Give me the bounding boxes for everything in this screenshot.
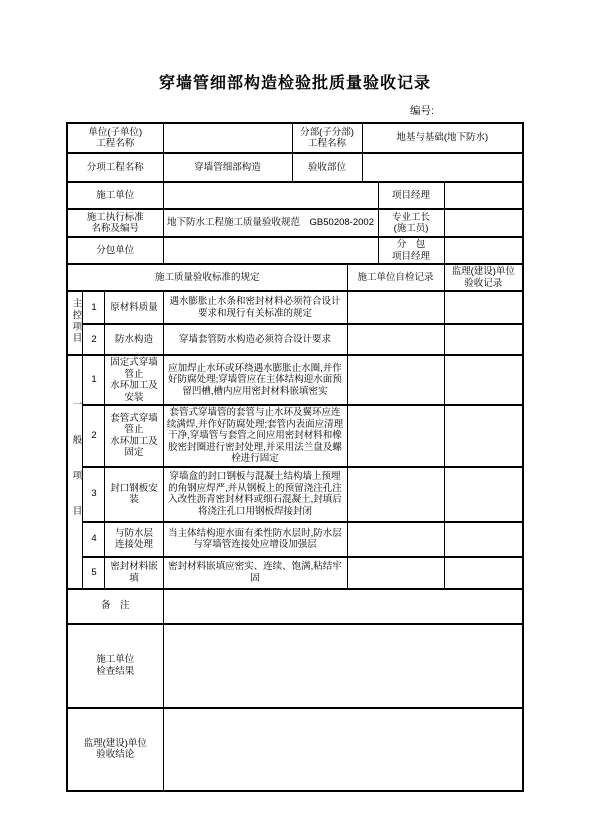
group-label-text: 主控项目: [70, 298, 82, 344]
item-name: 与防水层 连接处理: [105, 522, 163, 557]
construction-check-area[interactable]: 班组长: 项目专业质量检查员: 项目专业技术负责人: 年 月 日: [163, 624, 523, 708]
project-manager-label: 项目经理: [378, 182, 444, 209]
item-requirement: 穿墙套管防水构造必须符合设计要求: [163, 324, 347, 355]
self-check-cell[interactable]: [347, 557, 444, 589]
item-no: 2: [83, 405, 105, 467]
acceptance-cell[interactable]: [444, 522, 523, 557]
form-number-line: 编号:: [67, 103, 523, 117]
subdivision-project-label: 分部(子分部) 工程名称: [292, 123, 362, 153]
self-check-cell[interactable]: [347, 355, 444, 405]
acceptance-location-label: 验收部位: [292, 153, 362, 182]
item-name: 密封材料嵌填: [105, 557, 163, 589]
item-name: 防水构造: [105, 324, 163, 355]
item-requirement: 当主体结构迎水面有柔性防水层时,防水层与穿墙管连接处应增设加强层: [163, 522, 347, 557]
form-page: 穿墙管细部构造检验批质量验收记录 编号: 单位(子单位) 工程名称 分部(子分部…: [0, 0, 590, 835]
supervision-conclusion-area[interactable]: 专业监理工程师: (建设单位项目专业技术负责人) 年 月 日: [163, 708, 523, 791]
contractor-value[interactable]: [163, 182, 378, 209]
item-project-value: 穿墙管细部构造: [163, 153, 292, 182]
acceptance-cell[interactable]: [444, 557, 523, 589]
remark-label: 备 注: [67, 589, 163, 624]
subcontractor-value[interactable]: [163, 237, 378, 264]
remark-content[interactable]: [163, 589, 523, 624]
standard-label: 施工执行标准 名称及编号: [67, 209, 163, 237]
item-no: 1: [83, 355, 105, 405]
unit-project-label: 单位(子单位) 工程名称: [67, 123, 163, 153]
project-manager-value[interactable]: [444, 182, 523, 209]
self-check-cell[interactable]: [347, 405, 444, 467]
supervision-conclusion-label: 监理(建设)单位 验收结论: [67, 708, 163, 791]
item-requirement: 套管式穿墙管的套管与止水环及翼环应连续满焊,并作好防腐处理;套管内表面应清理干净…: [163, 405, 347, 467]
form-number-label: 编号:: [410, 105, 434, 117]
item-name: 封口钢板安装: [105, 467, 163, 522]
item-no: 3: [83, 467, 105, 522]
acceptance-cell[interactable]: [444, 405, 523, 467]
standard-provision-header: 施工质量验收标准的规定: [67, 264, 347, 291]
self-check-cell[interactable]: [347, 291, 444, 324]
acceptance-form-table: 单位(子单位) 工程名称 分部(子分部) 工程名称 地基与基础(地下防水) 分项…: [66, 122, 524, 792]
subcontractor-label: 分包单位: [67, 237, 163, 264]
contractor-label: 施工单位: [67, 182, 163, 209]
acceptance-cell[interactable]: [444, 291, 523, 324]
group-label-general: 一般项目: [67, 355, 83, 589]
item-requirement: 密封材料嵌填应密实、连续、饱满,粘结牢固: [163, 557, 347, 589]
professional-foreman-value[interactable]: [444, 209, 523, 237]
item-requirement: 应加焊止水环或环绕遇水膨胀止水圈,并作好防腐处理;穿墙管应在主体结构迎水面预留凹…: [163, 355, 347, 405]
unit-project-value[interactable]: [163, 123, 292, 153]
supervision-record-header: 监理(建设)单位 验收记录: [444, 264, 523, 291]
item-no: 2: [83, 324, 105, 355]
subdivision-project-value: 地基与基础(地下防水): [362, 123, 523, 153]
self-check-cell[interactable]: [347, 467, 444, 522]
self-check-header: 施工单位自检记录: [347, 264, 444, 291]
professional-foreman-label: 专业工长 (施工员): [378, 209, 444, 237]
item-no: 4: [83, 522, 105, 557]
construction-check-label: 施工单位 检查结果: [67, 624, 163, 708]
self-check-cell[interactable]: [347, 324, 444, 355]
sub-project-manager-value[interactable]: [444, 237, 523, 264]
item-requirement: 穿墙盒的封口钢板与混凝土结构墙上预埋的角钢应焊严,并从钢板上的预留浇注孔注入改性…: [163, 467, 347, 522]
acceptance-cell[interactable]: [444, 467, 523, 522]
acceptance-location-value[interactable]: [362, 153, 523, 182]
acceptance-cell[interactable]: [444, 355, 523, 405]
group-label-text: 一般项目: [70, 399, 82, 541]
standard-value: 地下防水工程施工质量验收规范 GB50208-2002: [163, 209, 378, 237]
page-title: 穿墙管细部构造检验批质量验收记录: [0, 0, 590, 93]
self-check-cell[interactable]: [347, 522, 444, 557]
item-name: 原材料质量: [105, 291, 163, 324]
item-name: 固定式穿墙管止 水环加工及安装: [105, 355, 163, 405]
item-requirement: 遇水膨胀止水条和密封材料必须符合设计要求和现行有关标准的规定: [163, 291, 347, 324]
acceptance-cell[interactable]: [444, 324, 523, 355]
item-name: 套管式穿墙管止 水环加工及固定: [105, 405, 163, 467]
item-no: 1: [83, 291, 105, 324]
sub-project-manager-label: 分 包 项目经理: [378, 237, 444, 264]
item-project-label: 分项工程名称: [67, 153, 163, 182]
item-no: 5: [83, 557, 105, 589]
group-label-main-control: 主控项目: [67, 291, 83, 355]
